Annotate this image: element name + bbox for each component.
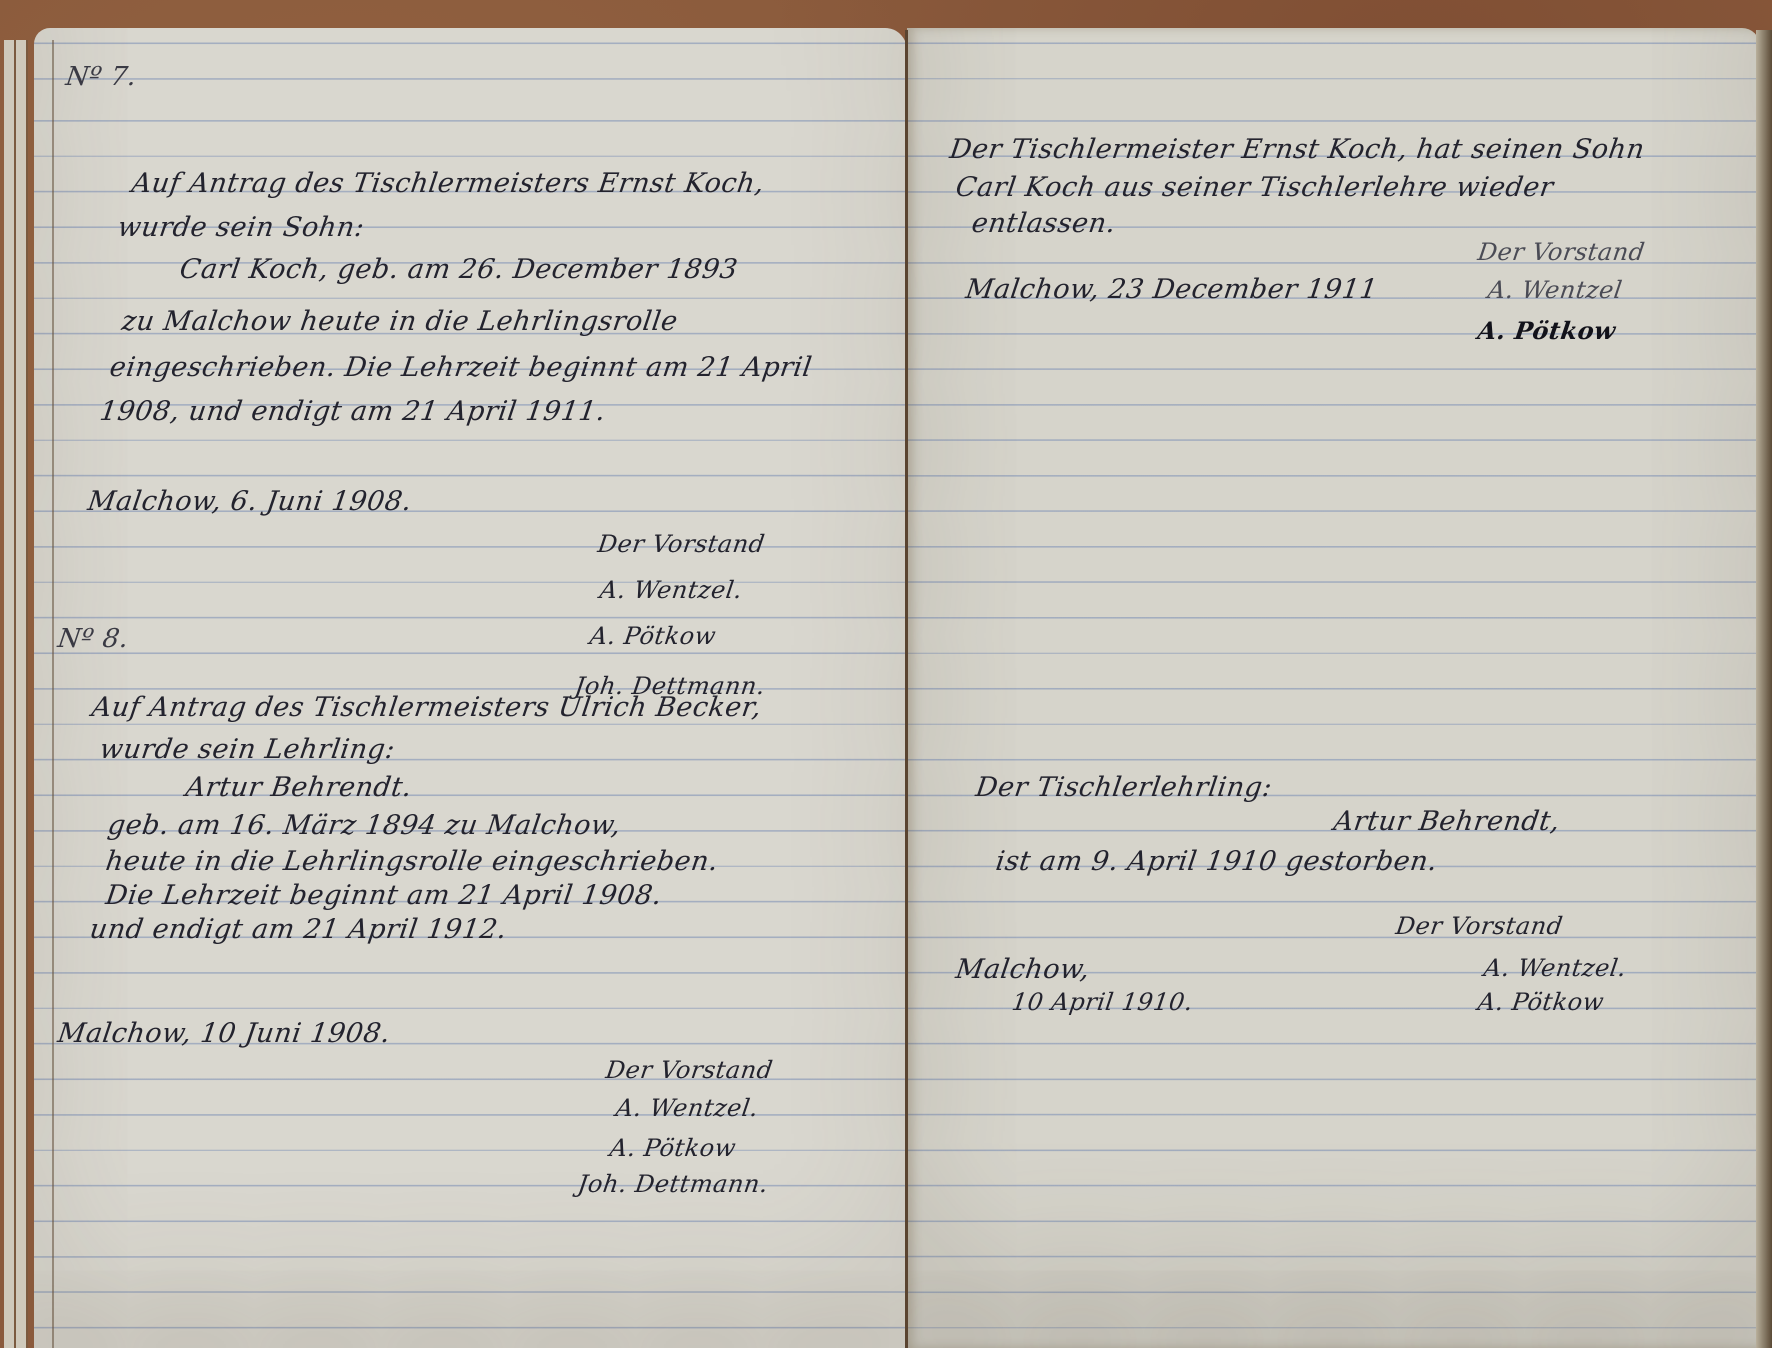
date: 10 April 1910. xyxy=(1010,988,1195,1016)
entry-number: Nº 8. xyxy=(56,624,131,654)
signature-wentzel: A. Wentzel. xyxy=(614,1094,760,1122)
page-stack-edge xyxy=(4,40,16,1348)
note-line: Artur Behrendt, xyxy=(1332,806,1562,837)
entry-line: Auf Antrag des Tischlermeisters Ernst Ko… xyxy=(130,168,766,199)
note-line: entlassen. xyxy=(970,208,1118,239)
note-line: Der Tischlerlehrling: xyxy=(974,772,1274,803)
place: Malchow, xyxy=(954,954,1092,985)
place-date: Malchow, 10 Juni 1908. xyxy=(56,1018,393,1049)
signature-wentzel: A. Wentzel. xyxy=(1482,954,1628,982)
entry-line: Artur Behrendt. xyxy=(184,772,414,803)
signature-poetkow: A. Pötkow xyxy=(1476,316,1618,345)
signature-poetkow: A. Pötkow xyxy=(608,1134,738,1162)
entry-line: 1908, und endigt am 21 April 1911. xyxy=(98,396,608,427)
note-line: Der Tischlermeister Ernst Koch, hat sein… xyxy=(948,134,1647,165)
entry-line: geb. am 16. März 1894 zu Malchow, xyxy=(106,810,623,841)
left-margin-rule xyxy=(52,40,54,1348)
entry-number: Nº 7. xyxy=(64,62,139,92)
signature-wentzel: A. Wentzel. xyxy=(598,576,744,604)
signature-dettmann: Joh. Dettmann. xyxy=(576,1170,770,1198)
entry-line: Auf Antrag des Tischlermeisters Ulrich B… xyxy=(90,692,764,723)
entry-line: heute in die Lehrlingsrolle eingeschrieb… xyxy=(104,846,720,877)
signature-board: Der Vorstand xyxy=(1476,238,1647,266)
entry-line: eingeschrieben. Die Lehrzeit beginnt am … xyxy=(108,352,814,383)
signature-board: Der Vorstand xyxy=(596,530,767,558)
book-gutter xyxy=(905,30,908,1348)
note-line: ist am 9. April 1910 gestorben. xyxy=(994,846,1440,877)
entry-line: Die Lehrzeit beginnt am 21 April 1908. xyxy=(104,880,664,911)
entry-line: wurde sein Sohn: xyxy=(116,212,367,243)
right-page-edge xyxy=(1756,30,1772,1348)
signature-poetkow: A. Pötkow xyxy=(1476,988,1606,1016)
place-date: Malchow, 6. Juni 1908. xyxy=(86,486,414,517)
signature-poetkow: A. Pötkow xyxy=(588,622,718,650)
signature-board: Der Vorstand xyxy=(604,1056,775,1084)
signature-board: Der Vorstand xyxy=(1394,912,1565,940)
entry-line: wurde sein Lehrling: xyxy=(98,734,397,765)
signature-wentzel: A. Wentzel xyxy=(1486,276,1624,304)
page-stack-edge xyxy=(16,40,28,1348)
place-date: Malchow, 23 December 1911 xyxy=(964,274,1380,305)
entry-line: Carl Koch, geb. am 26. December 1893 xyxy=(178,254,740,285)
note-line: Carl Koch aus seiner Tischlerlehre wiede… xyxy=(954,172,1556,203)
entry-line: und endigt am 21 April 1912. xyxy=(88,914,509,945)
entry-line: zu Malchow heute in die Lehrlingsrolle xyxy=(120,306,680,337)
